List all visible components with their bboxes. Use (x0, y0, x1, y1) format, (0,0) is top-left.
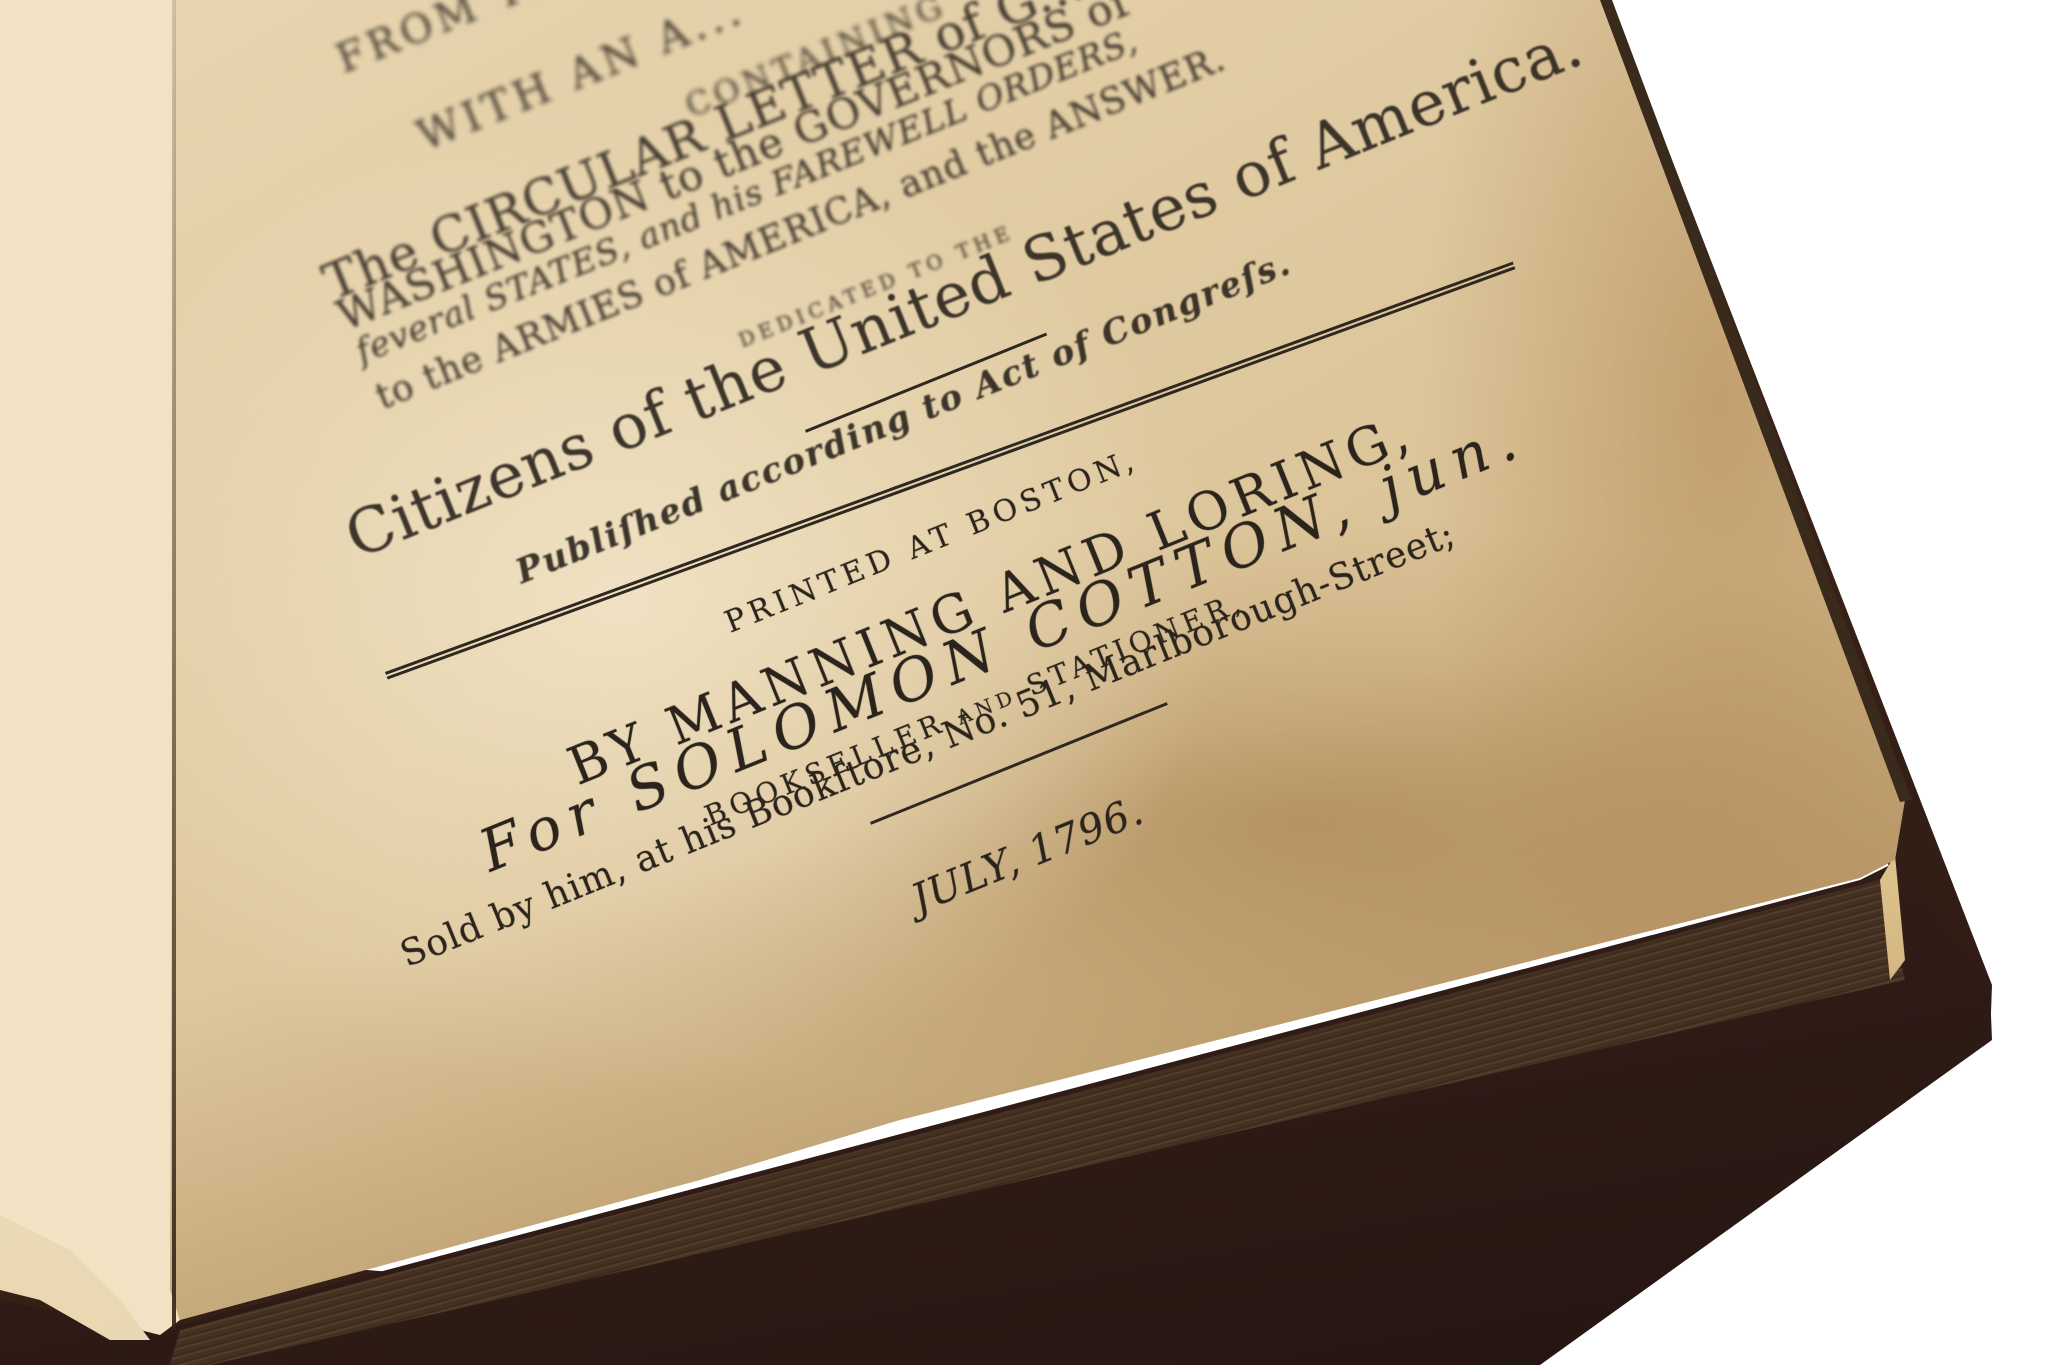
gutter-shadow (172, 0, 176, 1330)
book-photograph: FROM THE ... WITH AN A... CONTAINING The… (0, 0, 2048, 1365)
